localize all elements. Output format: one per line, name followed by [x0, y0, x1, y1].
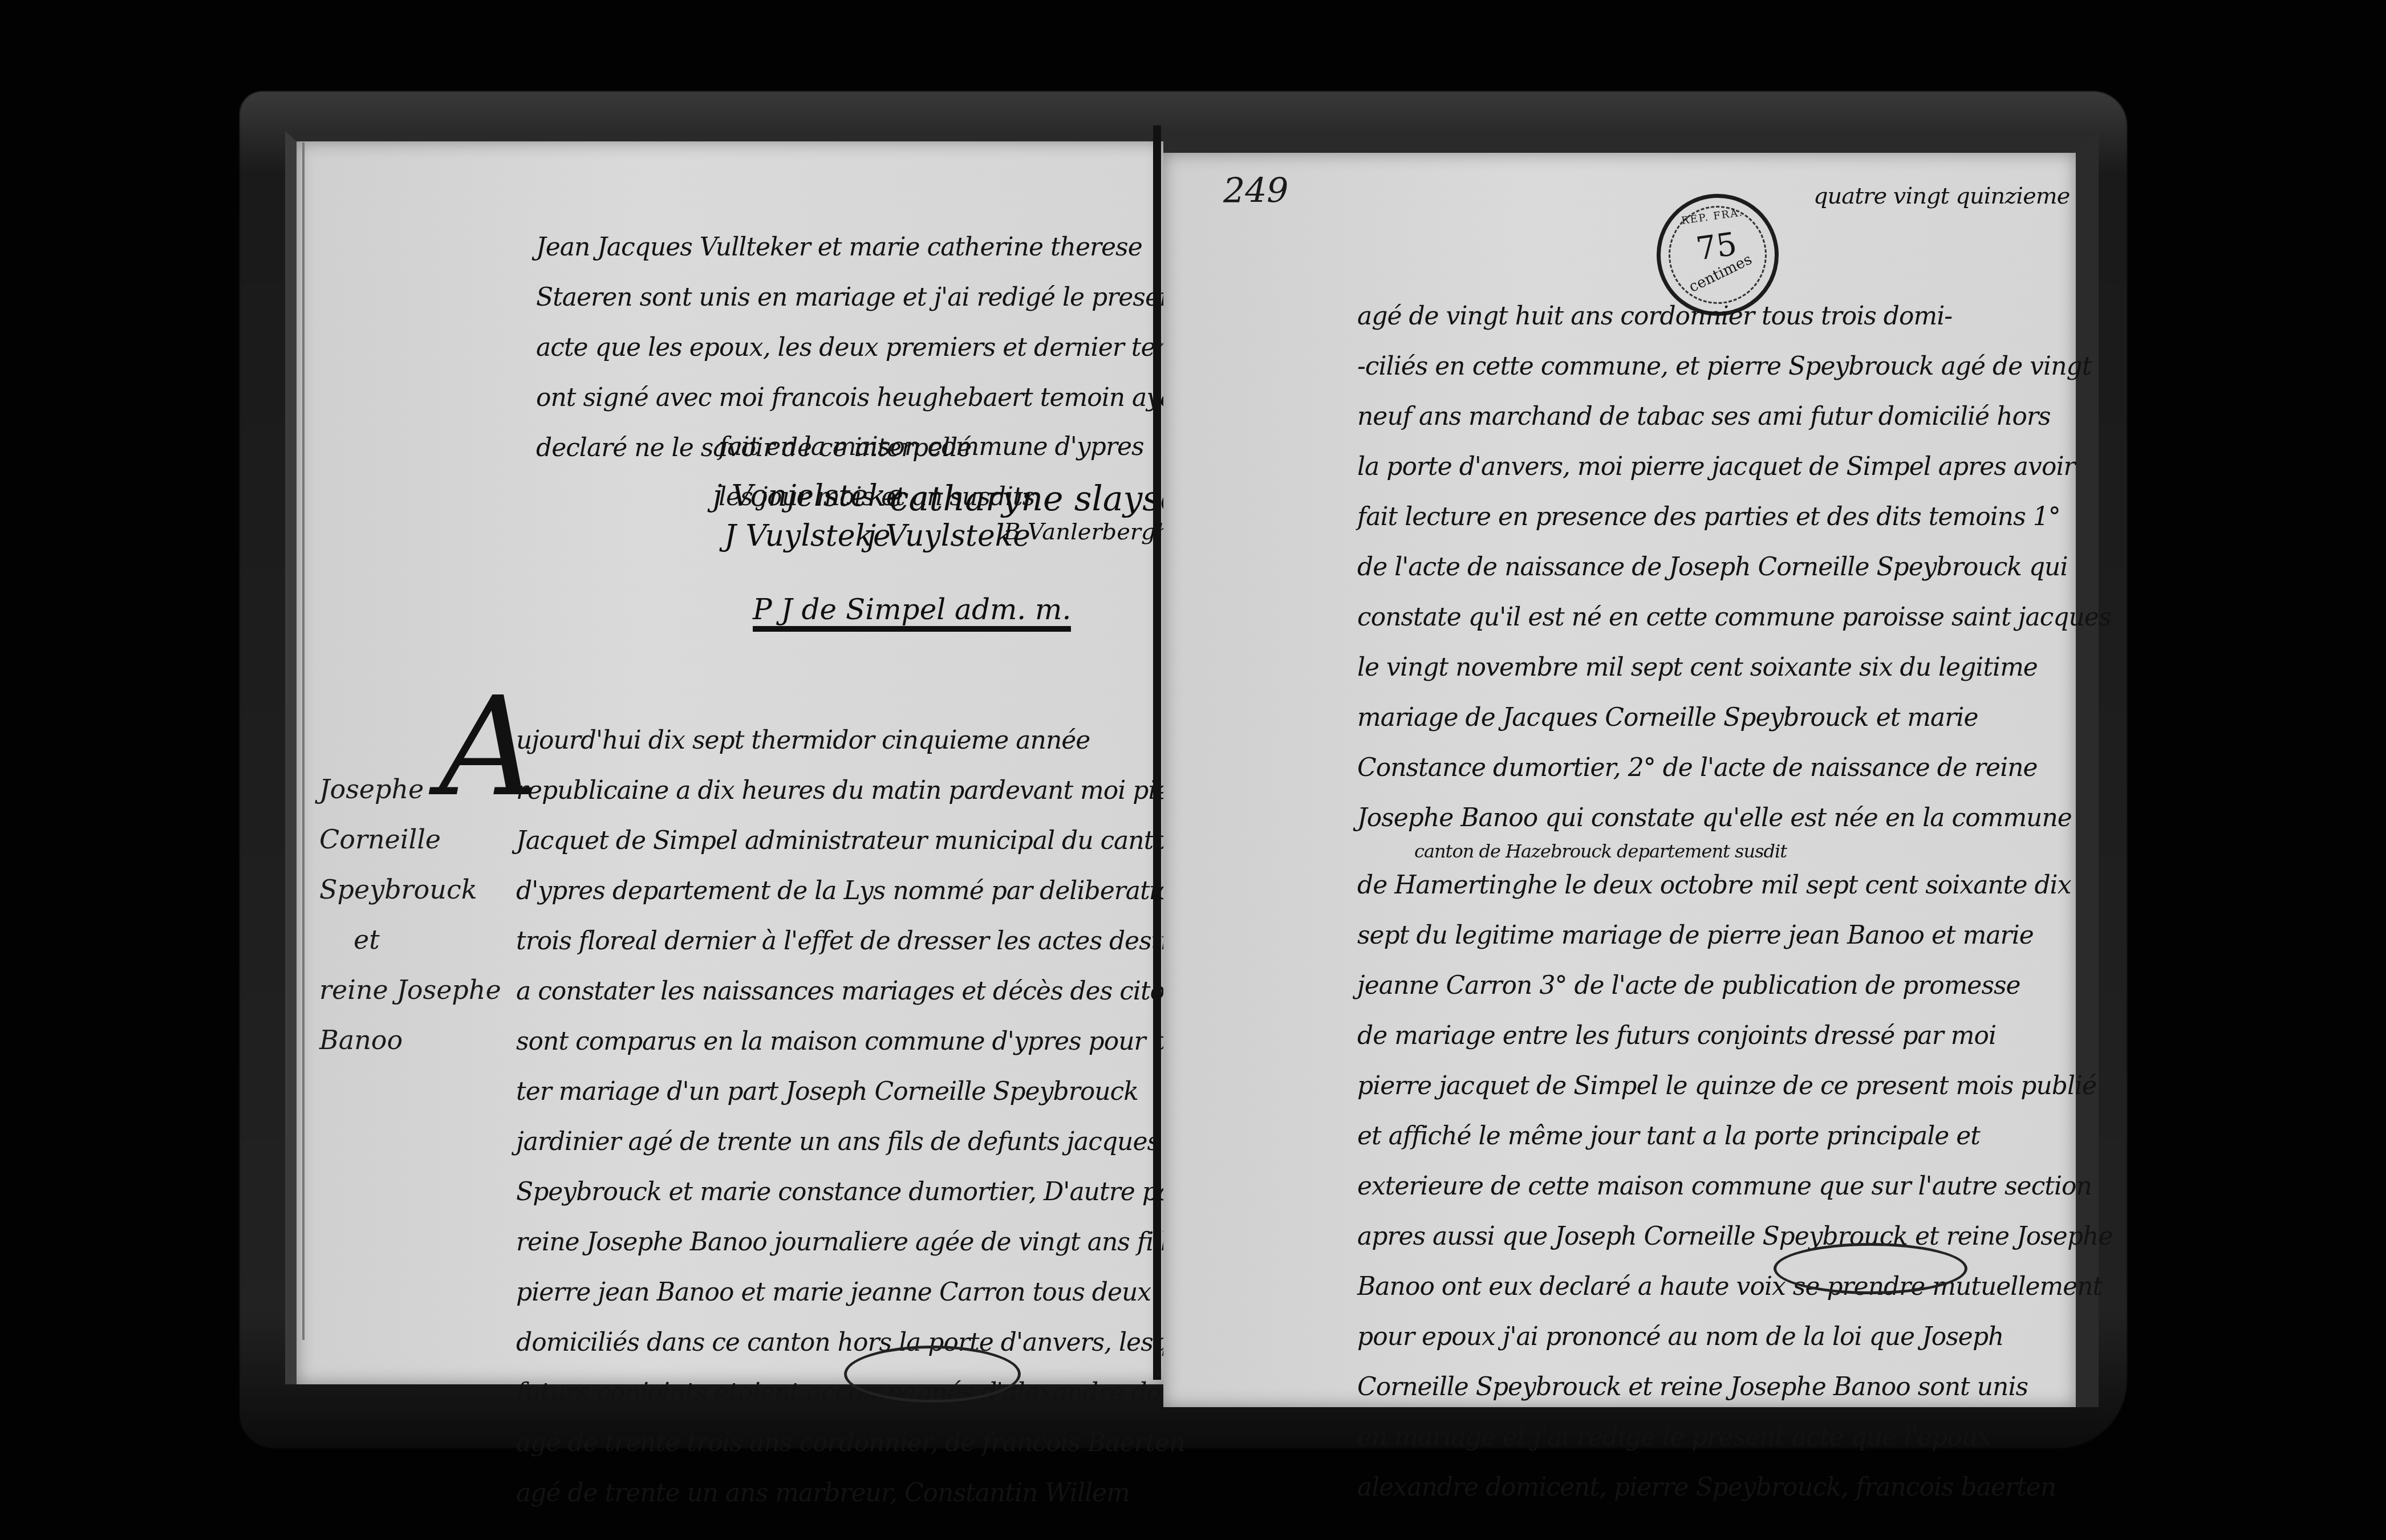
- text-line: Josephe Banoo qui constate qu'elle est n…: [1357, 793, 2112, 843]
- text-line: agé de vingt huit ans cordonnier tous tr…: [1357, 291, 2112, 341]
- text-line: fait en la maison commune d'ypres: [719, 422, 1144, 472]
- margin-note-line: reine Josephe: [319, 965, 501, 1015]
- right-act-body: agé de vingt huit ans cordonnier tous tr…: [1357, 291, 2112, 1512]
- signature: j Vonjelsteke: [713, 479, 903, 513]
- text-line: canton de Hazebrouck departement susdit: [1357, 843, 2112, 860]
- margin-note-line: Speybrouck: [319, 864, 501, 915]
- text-line: de mariage entre les futurs conjoints dr…: [1357, 1010, 2112, 1060]
- text-line: fait lecture en presence des parties et …: [1357, 491, 2112, 542]
- stamp-unit: centimes: [1686, 251, 1755, 296]
- text-line: agé de trente un ans marbreur, Constanti…: [516, 1468, 1273, 1518]
- text-line: sept du legitime mariage de pierre jean …: [1357, 910, 2112, 960]
- text-line: jeanne Carron 3° de l'acte de publicatio…: [1357, 960, 2112, 1010]
- folio-number: 249: [1223, 171, 1289, 211]
- text-line: Banoo ont eux declaré a haute voix se pr…: [1357, 1261, 2112, 1311]
- text-line: Staeren sont unis en mariage et j'ai red…: [536, 273, 1228, 323]
- margin-note-line: et: [319, 915, 501, 965]
- text-line: de Hamertinghe le deux octobre mil sept …: [1357, 860, 2112, 910]
- text-line: Constance dumortier, 2° de l'acte de nai…: [1357, 742, 2112, 793]
- text-line: alexandre domicent, pierre Speybrouck, f…: [1357, 1462, 2112, 1512]
- text-line: en mariage et j'ai redigé le present act…: [1357, 1412, 2112, 1462]
- text-line: pierre jacquet de Simpel le quinze de ce…: [1357, 1060, 2112, 1111]
- text-line: constate qu'il est né en cette commune p…: [1357, 592, 2112, 642]
- stamp-legend: REP. FRA.: [1681, 206, 1744, 227]
- text-line: exterieure de cette maison commune que s…: [1357, 1161, 2112, 1211]
- text-line: acte que les epoux, les deux premiers et…: [536, 323, 1228, 373]
- text-line: apres aussi que Joseph Corneille Speybro…: [1357, 1211, 2112, 1261]
- paraph-flourish: [1774, 1243, 1967, 1294]
- text-line: ont signé avec moi francois heughebaert …: [536, 373, 1228, 423]
- text-line: neuf ans marchand de tabac ses ami futur…: [1357, 391, 2112, 441]
- book-gutter: [1153, 125, 1161, 1380]
- signature: J Vuylsteke: [724, 519, 891, 553]
- text-line: et affiché le même jour tant a la porte …: [1357, 1111, 2112, 1161]
- administrator-signature: P J de Simpel adm. m.: [753, 593, 1071, 632]
- text-line: Jean Jacques Vullteker et marie catherin…: [536, 222, 1228, 273]
- text-line: Corneille Speybrouck et reine Josephe Ba…: [1357, 1362, 2112, 1412]
- margin-note-line: Banoo: [319, 1015, 501, 1065]
- paraph-flourish: [844, 1346, 1021, 1403]
- text-line: de l'acte de naissance de Joseph Corneil…: [1357, 542, 2112, 592]
- text-line: agé de trente trois ans cordonnier, de f…: [516, 1418, 1273, 1468]
- left-margin-rule: [302, 143, 305, 1340]
- text-line: pour epoux j'ai prononcé au nom de la lo…: [1357, 1311, 2112, 1362]
- text-line: le vingt novembre mil sept cent soixante…: [1357, 642, 2112, 692]
- header-note: quatre vingt quinzieme: [1813, 171, 2070, 221]
- text-line: -ciliés en cette commune, et pierre Spey…: [1357, 341, 2112, 391]
- text-line: la porte d'anvers, moi pierre jacquet de…: [1357, 441, 2112, 491]
- text-line: mariage de Jacques Corneille Speybrouck …: [1357, 692, 2112, 742]
